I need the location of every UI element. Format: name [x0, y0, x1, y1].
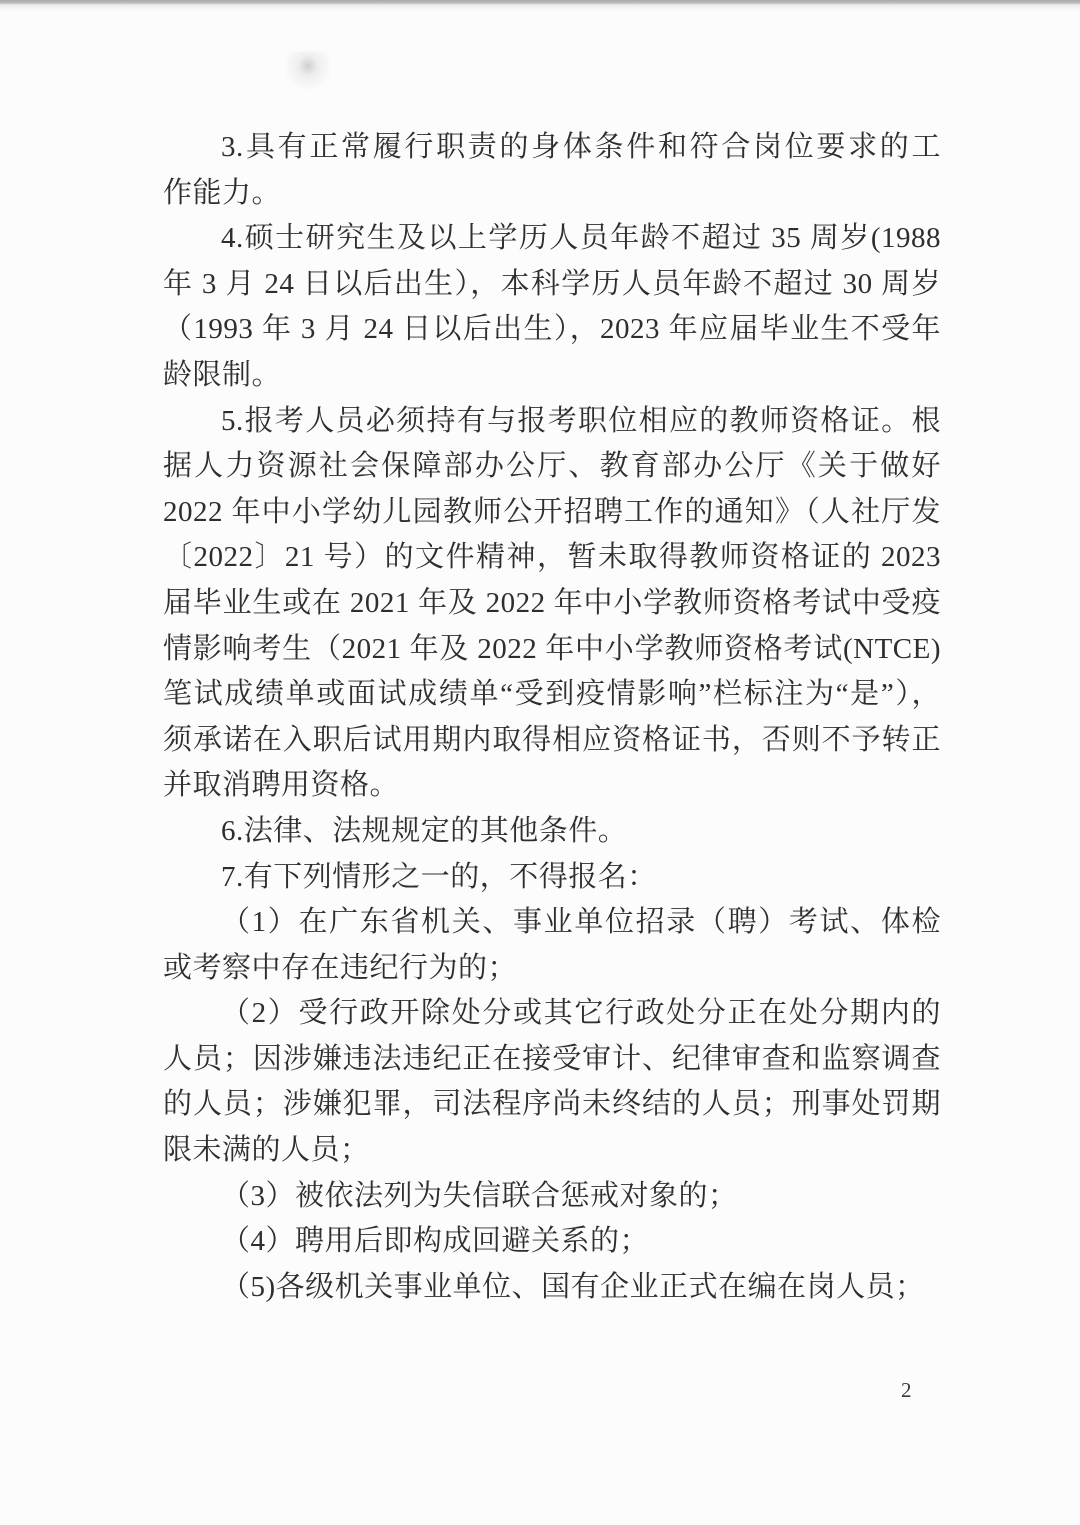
text-line: 人员；因涉嫌违法违纪正在接受审计、纪律审查和监察调查: [163, 1037, 941, 1083]
text-line: （5)各级机关事业单位、国有企业正式在编在岗人员；: [163, 1265, 941, 1311]
text-line: 并取消聘用资格。: [163, 763, 941, 809]
scan-smudge-artifact: [286, 52, 330, 98]
text-line: 6.法律、法规规定的其他条件。: [163, 809, 941, 855]
text-line: 3.具有正常履行职责的身体条件和符合岗位要求的工: [163, 125, 941, 171]
text-line: 龄限制。: [163, 353, 941, 399]
text-line: 据人力资源社会保障部办公厅、教育部办公厅《关于做好: [163, 444, 941, 490]
document-page: 3.具有正常履行职责的身体条件和符合岗位要求的工 作能力。 4.硕士研究生及以上…: [0, 0, 1080, 1525]
text-line: 〔2022〕21 号）的文件精神，暂未取得教师资格证的 2023: [163, 535, 941, 581]
text-line: 的人员；涉嫌犯罪，司法程序尚未终结的人员；刑事处罚期: [163, 1082, 941, 1128]
text-line: 限未满的人员；: [163, 1128, 941, 1174]
text-line: 笔试成绩单或面试成绩单“受到疫情影响”栏标注为“是”），: [163, 672, 941, 718]
text-line: 年 3 月 24 日以后出生），本科学历人员年龄不超过 30 周岁: [163, 262, 941, 308]
text-line: （2）受行政开除处分或其它行政处分正在处分期内的: [163, 991, 941, 1037]
text-line: 须承诺在入职后试用期内取得相应资格证书，否则不予转正: [163, 718, 941, 764]
document-body-text: 3.具有正常履行职责的身体条件和符合岗位要求的工 作能力。 4.硕士研究生及以上…: [163, 125, 941, 1310]
text-line: 2022 年中小学幼儿园教师公开招聘工作的通知》（人社厅发: [163, 490, 941, 536]
text-line: 情影响考生（2021 年及 2022 年中小学教师资格考试(NTCE): [163, 627, 941, 673]
text-line: 届毕业生或在 2021 年及 2022 年中小学教师资格考试中受疫: [163, 581, 941, 627]
text-line: 7.有下列情形之一的，不得报名：: [163, 855, 941, 901]
text-line: 作能力。: [163, 171, 941, 217]
text-line: （1）在广东省机关、事业单位招录（聘）考试、体检: [163, 900, 941, 946]
text-line: （1993 年 3 月 24 日以后出生），2023 年应届毕业生不受年: [163, 307, 941, 353]
text-line: 4.硕士研究生及以上学历人员年龄不超过 35 周岁(1988: [163, 216, 941, 262]
text-line: 或考察中存在违纪行为的；: [163, 946, 941, 992]
text-line: 5.报考人员必须持有与报考职位相应的教师资格证。根: [163, 399, 941, 445]
page-number: 2: [901, 1378, 912, 1403]
text-line: （3）被依法列为失信联合惩戒对象的；: [163, 1174, 941, 1220]
scan-edge-artifact: [0, 0, 1080, 14]
text-line: （4）聘用后即构成回避关系的；: [163, 1219, 941, 1265]
